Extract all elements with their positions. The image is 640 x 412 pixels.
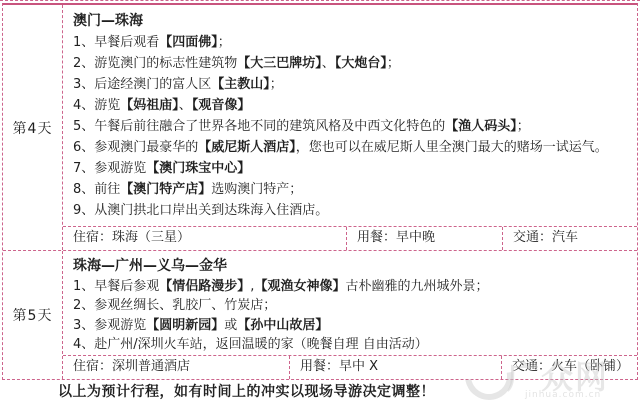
day-5-lodging-cell: 住宿：深圳普通酒店 [63, 356, 289, 379]
watermark-url-text: jinhua.com.cn [525, 390, 601, 400]
day-4-meta-row: 住宿：珠海（三星） 用餐：早中晚 交通：汽车 [63, 226, 637, 250]
itinerary-line: 8、前往【澳门特产店】选购澳门特产； [73, 179, 631, 200]
day-5-row: 第5天 珠海—广州—义乌—金华 1、早餐后参观【情侣路漫步】,【观渔女神像】古朴… [3, 250, 637, 379]
day-4-itinerary-lines: 1、早餐后观看【四面佛】；2、游览澳门的标志性建筑物【大三巴牌坊】、【大炮台】；… [73, 32, 631, 221]
itinerary-line: 2、游览澳门的标志性建筑物【大三巴牌坊】、【大炮台】； [73, 53, 631, 74]
day-5-meals-cell: 用餐：早中 X [289, 356, 501, 379]
itinerary-table: 第4天 澳门—珠海 1、早餐后观看【四面佛】；2、游览澳门的标志性建筑物【大三巴… [2, 3, 638, 380]
itinerary-line: 3、后途经澳门的富人区【主教山】； [73, 74, 631, 95]
itinerary-line: 6、参观澳门最豪华的【威尼斯人酒店】，您也可以在威尼斯人里全澳门最大的赌场一试运… [73, 137, 631, 158]
itinerary-line: 1、早餐后观看【四面佛】； [73, 32, 631, 53]
itinerary-page: 第4天 澳门—珠海 1、早餐后观看【四面佛】；2、游览澳门的标志性建筑物【大三巴… [0, 0, 640, 412]
itinerary-line: 4、赴广州/深圳火车站，返回温暖的家（晚餐自理 自由活动） [73, 335, 631, 355]
day-4-content: 澳门—珠海 1、早餐后观看【四面佛】；2、游览澳门的标志性建筑物【大三巴牌坊】、… [63, 5, 637, 226]
itinerary-line: 2、参观丝绸长、乳胶厂、竹炭店； [73, 296, 631, 316]
itinerary-line: 7、参观游览【澳门珠宝中心】 [73, 158, 631, 179]
day-4-row: 第4天 澳门—珠海 1、早餐后观看【四面佛】；2、游览澳门的标志性建筑物【大三巴… [3, 5, 637, 250]
day-5-meta-row: 住宿：深圳普通酒店 用餐：早中 X 交通：火车（卧铺） [63, 355, 637, 379]
itinerary-line: 3、参观游览【圆明新园】或【孙中山故居】 [73, 316, 631, 336]
day-4-lodging-cell: 住宿：珠海（三星） [63, 227, 346, 250]
day-5-itinerary-lines: 1、早餐后参观【情侣路漫步】,【观渔女神像】古朴幽雅的九州城外景；2、参观丝绸长… [73, 277, 631, 355]
schedule-disclaimer-note: 以上为预计行程，如有时间上的冲实以现场导游决定调整！ [58, 381, 435, 401]
day-5-content: 珠海—广州—义乌—金华 1、早餐后参观【情侣路漫步】,【观渔女神像】古朴幽雅的九… [63, 251, 637, 355]
itinerary-line: 5、午餐后前往融合了世界各地不同的建筑风格及中西文化特色的【渔人码头】； [73, 116, 631, 137]
day-4-meals-cell: 用餐：早中晚 [346, 227, 502, 250]
itinerary-line: 1、早餐后参观【情侣路漫步】,【观渔女神像】古朴幽雅的九州城外景； [73, 277, 631, 297]
day-5-label: 第5天 [3, 251, 63, 379]
top-dashed-rule [0, 0, 640, 1]
day-4-route-title: 澳门—珠海 [73, 11, 631, 32]
day-5-transport-cell: 交通：火车（卧铺） [501, 356, 637, 379]
itinerary-line: 4、游览【妈祖庙】、【观音像】 [73, 95, 631, 116]
day-5-route-title: 珠海—广州—义乌—金华 [73, 257, 631, 277]
day-4-transport-cell: 交通：汽车 [502, 227, 637, 250]
day-4-label: 第4天 [3, 5, 63, 250]
day-4-details: 澳门—珠海 1、早餐后观看【四面佛】；2、游览澳门的标志性建筑物【大三巴牌坊】、… [63, 5, 637, 250]
itinerary-line: 9、从澳门拱北口岸出关到达珠海入住酒店。 [73, 200, 631, 221]
day-5-details: 珠海—广州—义乌—金华 1、早餐后参观【情侣路漫步】,【观渔女神像】古朴幽雅的九… [63, 251, 637, 379]
